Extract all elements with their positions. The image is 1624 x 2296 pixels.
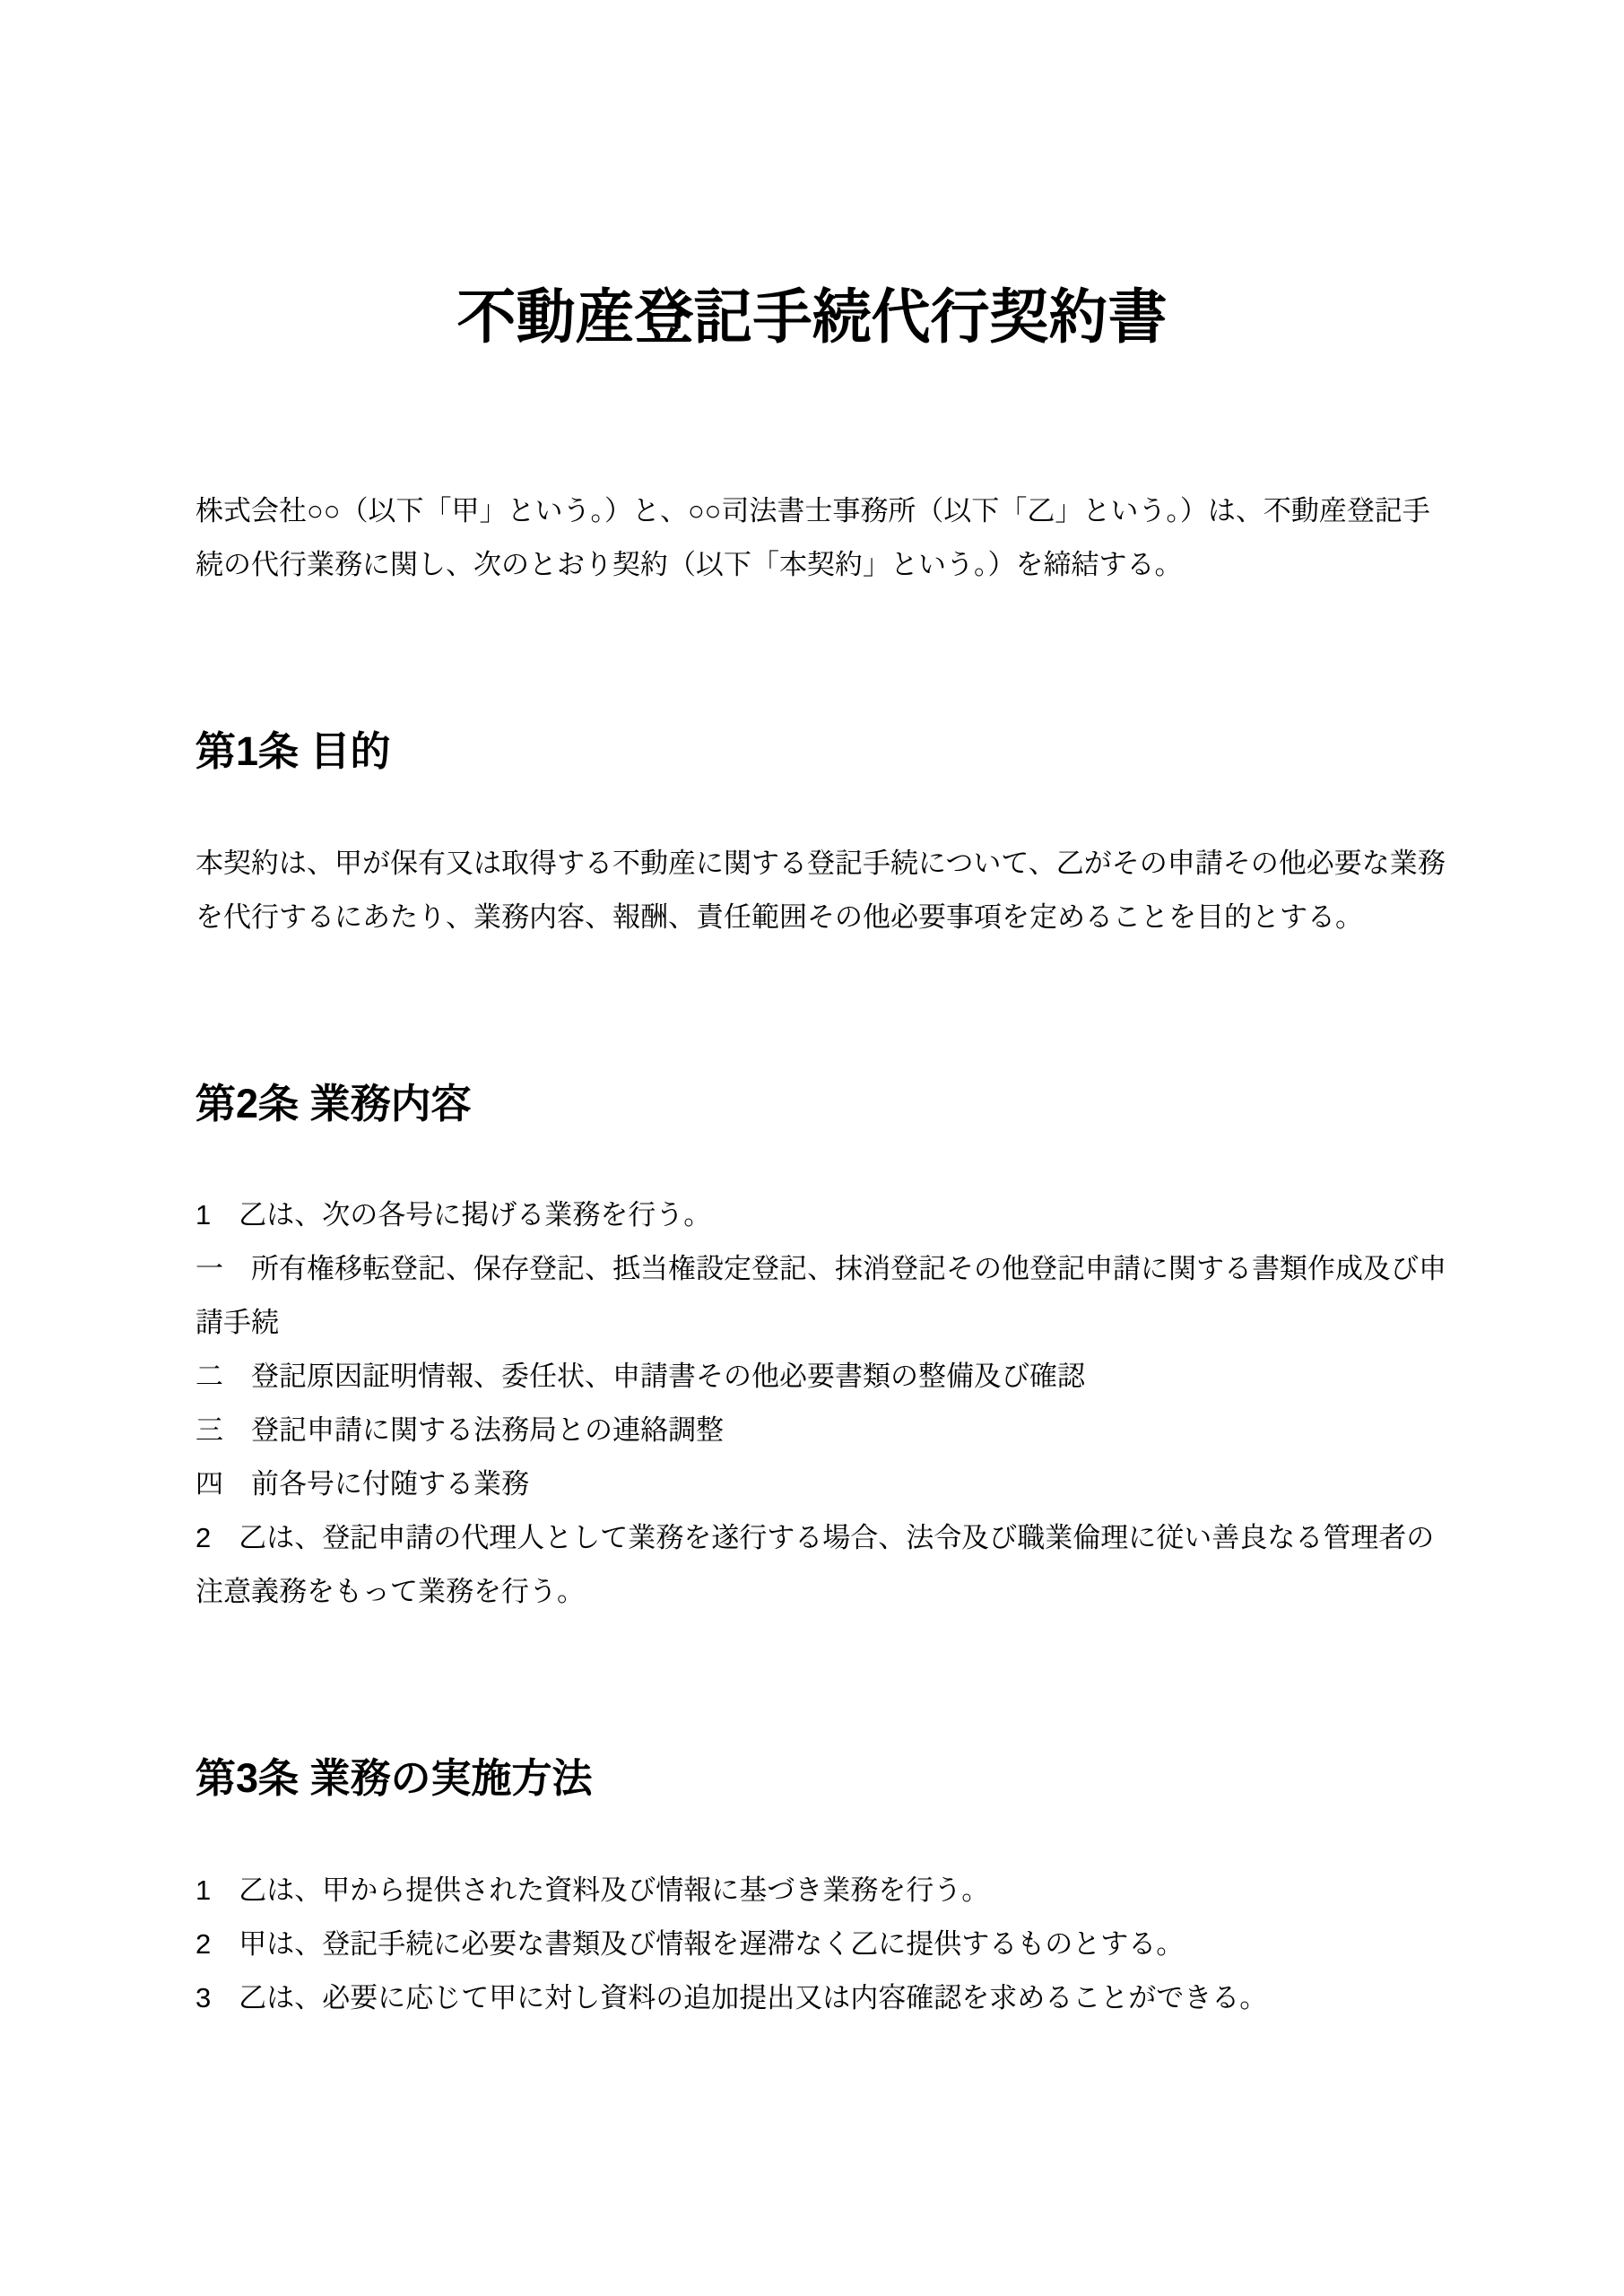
paragraph: 3 乙は、必要に応じて甲に対し資料の追加提出又は内容確認を求めることができる。 [195,1971,1453,2025]
intro-paragraph: 株式会社○○（以下「甲」という。）と、○○司法書士事務所（以下「乙」という。）は… [195,484,1453,592]
sections-container: 第1条 目的 本契約は、甲が保有又は取得する不動産に関する登記手続について、乙が… [195,728,1453,2025]
section-heading: 第2条 業務内容 [195,1081,1453,1127]
paragraph: 2 乙は、登記申請の代理人として業務を遂行する場合、法令及び職業倫理に従い善良な… [195,1511,1453,1619]
paragraph: 一 所有権移転登記、保存登記、抵当権設定登記、抹消登記その他登記申請に関する書類… [195,1242,1453,1350]
contract-section: 第2条 業務内容 1 乙は、次の各号に掲げる業務を行う。一 所有権移転登記、保存… [195,1081,1453,1620]
paragraph: 1 乙は、甲から提供された資料及び情報に基づき業務を行う。 [195,1864,1453,1918]
paragraph: 本契約は、甲が保有又は取得する不動産に関する登記手続について、乙がその申請その他… [195,837,1453,944]
section-body: 本契約は、甲が保有又は取得する不動産に関する登記手続について、乙がその申請その他… [195,837,1453,944]
paragraph: 四 前各号に付随する業務 [195,1457,1453,1511]
section-body: 1 乙は、次の各号に掲げる業務を行う。一 所有権移転登記、保存登記、抵当権設定登… [195,1188,1453,1619]
paragraph: 二 登記原因証明情報、委任状、申請書その他必要書類の整備及び確認 [195,1350,1453,1404]
document-page: 不動産登記手続代行契約書 株式会社○○（以下「甲」という。）と、○○司法書士事務… [0,0,1624,2296]
contract-section: 第1条 目的 本契約は、甲が保有又は取得する不動産に関する登記手続について、乙が… [195,728,1453,944]
paragraph: 三 登記申請に関する法務局との連絡調整 [195,1404,1453,1457]
paragraph: 2 甲は、登記手続に必要な書類及び情報を遅滞なく乙に提供するものとする。 [195,1918,1453,1971]
section-heading: 第3条 業務の実施方法 [195,1755,1453,1802]
contract-section: 第3条 業務の実施方法 1 乙は、甲から提供された資料及び情報に基づき業務を行う… [195,1755,1453,2025]
document-title: 不動産登記手続代行契約書 [171,283,1453,352]
paragraph: 1 乙は、次の各号に掲げる業務を行う。 [195,1188,1453,1242]
section-heading: 第1条 目的 [195,728,1453,775]
section-body: 1 乙は、甲から提供された資料及び情報に基づき業務を行う。2 甲は、登記手続に必… [195,1864,1453,2025]
